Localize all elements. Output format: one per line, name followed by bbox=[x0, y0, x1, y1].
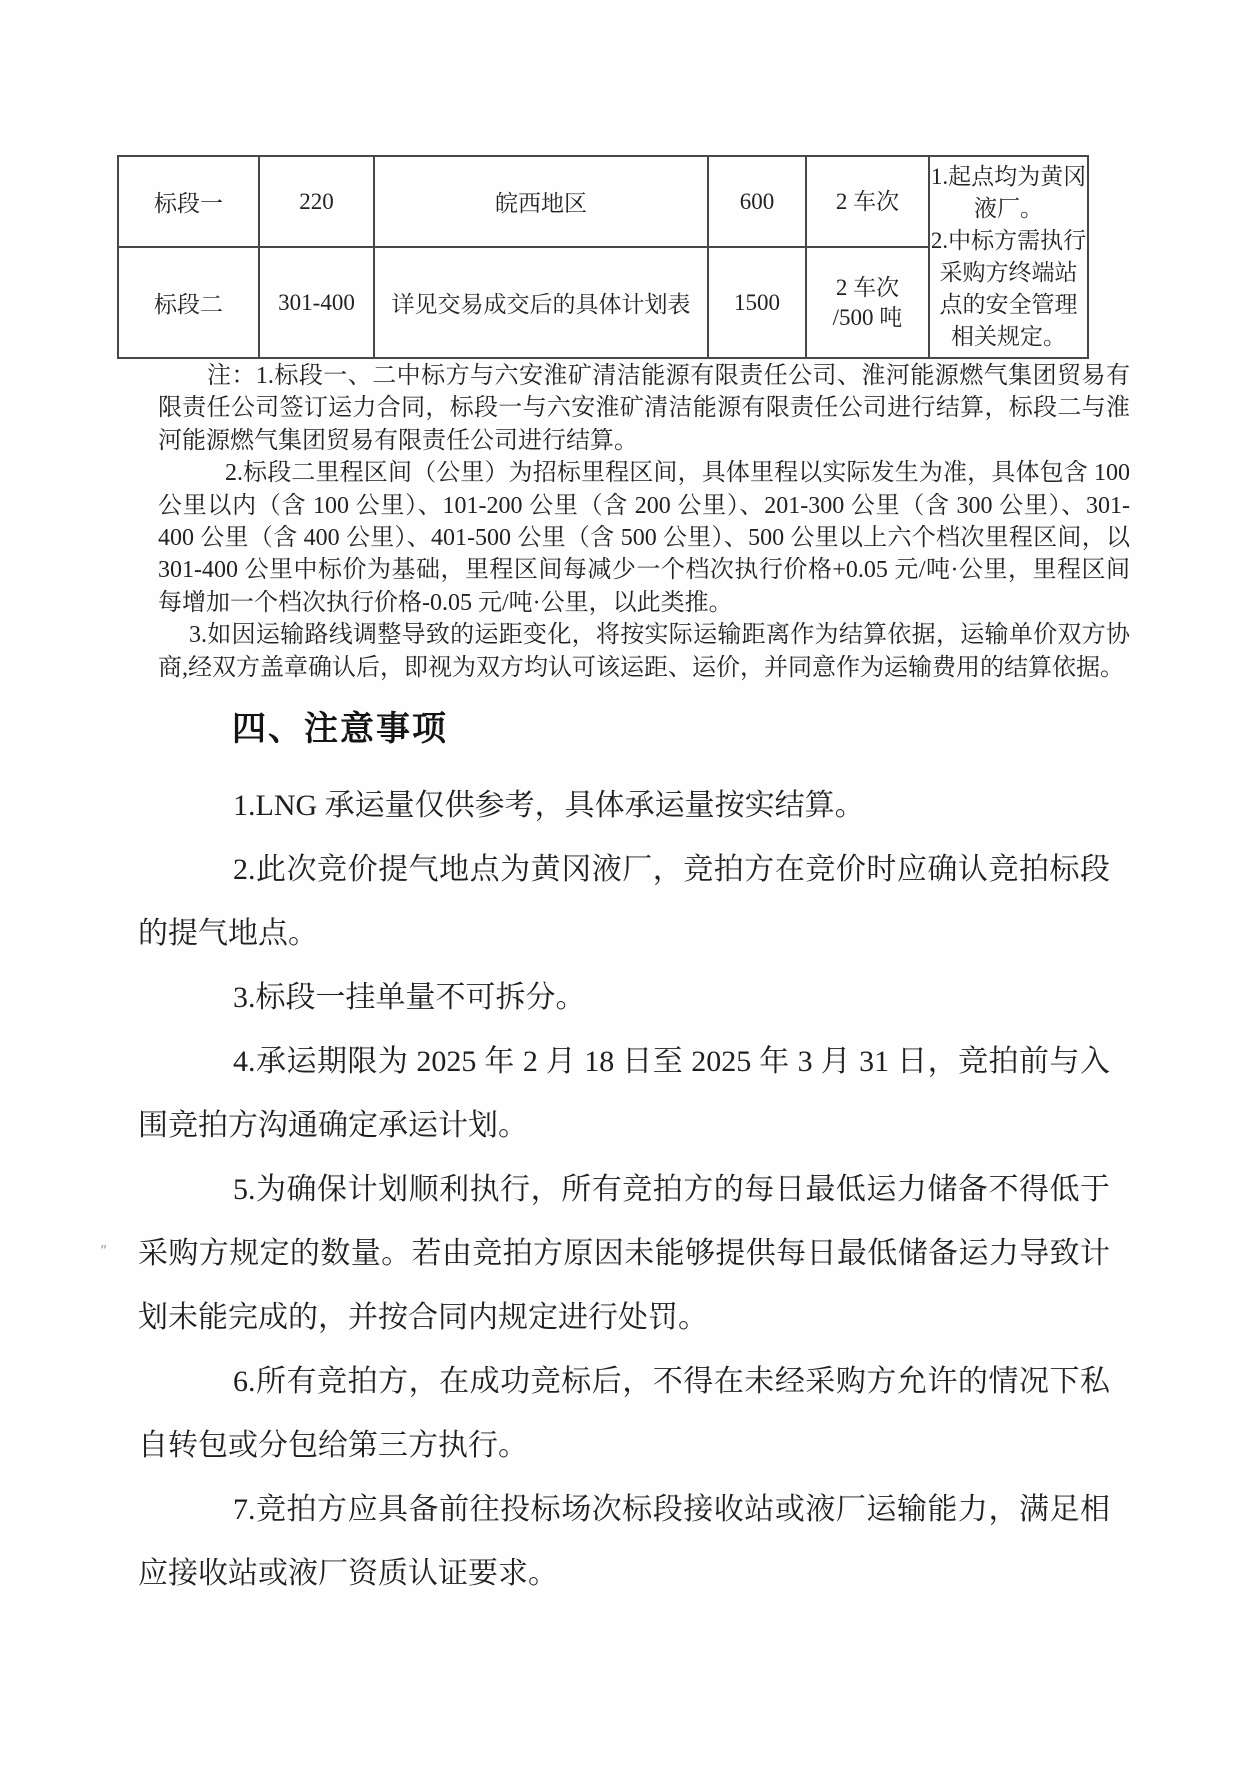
notice-item-5: 5.为确保计划顺利执行，所有竞拍方的每日最低运力储备不得低于采购方规定的数量。若… bbox=[138, 1158, 1110, 1350]
scan-artifact: „ bbox=[100, 1236, 107, 1250]
notice-section: 四、注意事项 1.LNG 承运量仅供参考，具体承运量按实结算。 2.此次竞价提气… bbox=[138, 706, 1110, 1606]
notice-item-4: 4.承运期限为 2025 年 2 月 18 日至 2025 年 3 月 31 日… bbox=[138, 1030, 1110, 1158]
volume-cell: 1500 bbox=[708, 247, 806, 358]
notice-item-6: 6.所有竞拍方，在成功竞标后，不得在未经采购方允许的情况下私自转包或分包给第三方… bbox=[138, 1350, 1110, 1478]
table-footnotes: 注：1.标段一、二中标方与六安淮矿清洁能源有限责任公司、淮河能源燃气集团贸易有限… bbox=[158, 360, 1130, 684]
destination-cell: 皖西地区 bbox=[374, 156, 708, 247]
section-name-cell: 标段一 bbox=[118, 156, 259, 247]
destination-cell: 详见交易成交后的具体计划表 bbox=[374, 247, 708, 358]
mileage-cell: 220 bbox=[259, 156, 374, 247]
table-footnote-3: 3.如因运输路线调整导致的运距变化，将按实际运输距离作为结算依据，运输单价双方协… bbox=[158, 619, 1130, 684]
table-footnote-2: 2.标段二里程区间（公里）为招标里程区间，具体里程以实际发生为准，具体包含 10… bbox=[158, 457, 1130, 619]
notice-section-heading: 四、注意事项 bbox=[232, 706, 1110, 752]
table-row-section-1: 标段一 220 皖西地区 600 2 车次 1.起点均为黄冈液厂。 2.中标方需… bbox=[118, 156, 1088, 247]
notice-item-3: 3.标段一挂单量不可拆分。 bbox=[138, 966, 1110, 1030]
volume-cell: 600 bbox=[708, 156, 806, 247]
section-name-cell: 标段二 bbox=[118, 247, 259, 358]
trips-cell: 2 车次 /500 吨 bbox=[806, 247, 929, 358]
table-footnote-1: 注：1.标段一、二中标方与六安淮矿清洁能源有限责任公司、淮河能源燃气集团贸易有限… bbox=[158, 360, 1130, 457]
notice-item-1: 1.LNG 承运量仅供参考，具体承运量按实结算。 bbox=[138, 774, 1110, 838]
bid-sections-table: 标段一 220 皖西地区 600 2 车次 1.起点均为黄冈液厂。 2.中标方需… bbox=[117, 155, 1089, 359]
notice-item-7: 7.竞拍方应具备前往投标场次标段接收站或液厂运输能力，满足相应接收站或液厂资质认… bbox=[138, 1478, 1110, 1606]
document-page: 标段一 220 皖西地区 600 2 车次 1.起点均为黄冈液厂。 2.中标方需… bbox=[0, 0, 1256, 1775]
notice-item-2: 2.此次竞价提气地点为黄冈液厂，竞拍方在竞价时应确认竞拍标段的提气地点。 bbox=[138, 838, 1110, 966]
remarks-cell: 1.起点均为黄冈液厂。 2.中标方需执行采购方终端站点的安全管理相关规定。 bbox=[929, 156, 1088, 358]
mileage-cell: 301-400 bbox=[259, 247, 374, 358]
trips-cell: 2 车次 bbox=[806, 156, 929, 247]
